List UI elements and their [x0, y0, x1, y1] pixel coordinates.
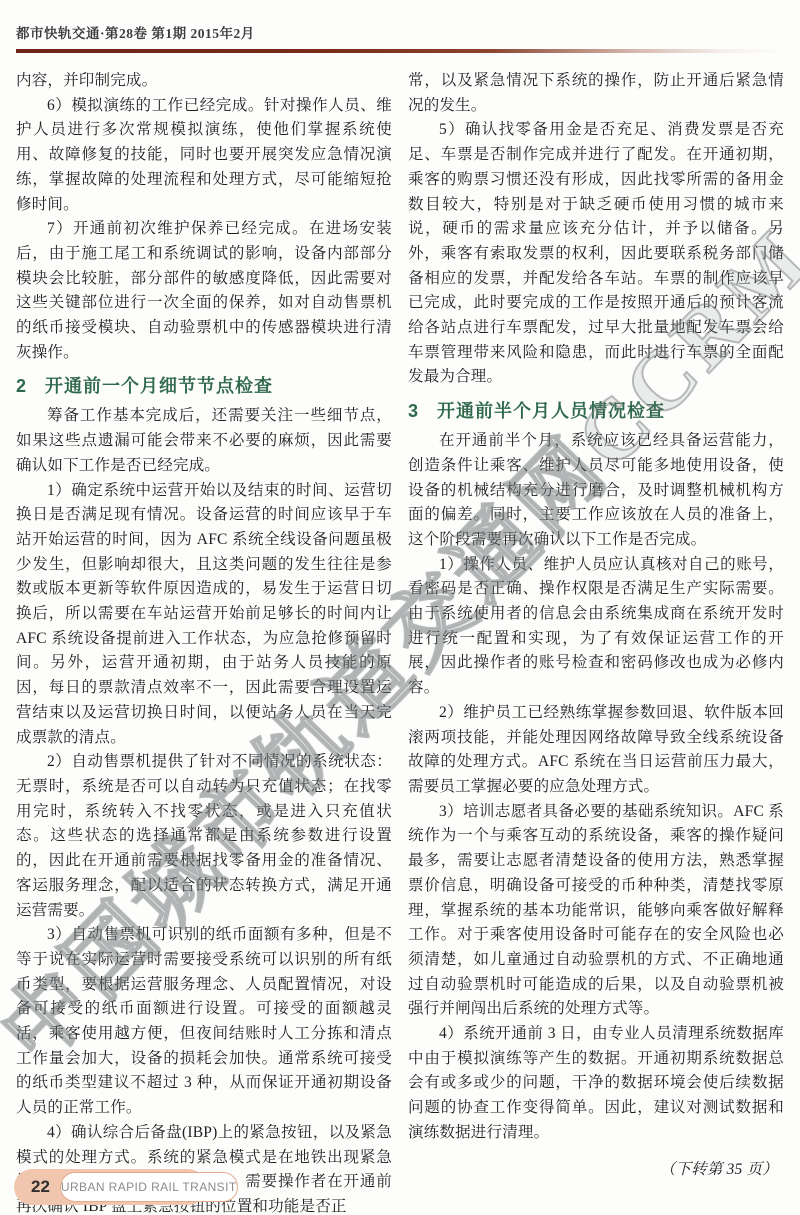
section-number: 3	[408, 401, 419, 421]
body-paragraph: 3）培训志愿者具备必要的基础系统知识。AFC 系统作为一个与乘客互动的系统设备，…	[408, 800, 784, 1022]
journal-header-line: 都市快轨交通·第28卷 第1期 2015年2月	[0, 0, 800, 42]
body-paragraph: 7）开通前初次维护保养已经完成。在进场安装后，由于施工尾工和系统调试的影响，设备…	[16, 217, 392, 365]
body-paragraph: 2）维护员工已经熟练掌握参数回退、软件版本回滚两项技能，并能处理因网络故障导致全…	[408, 701, 784, 800]
article-body: 内容，并印制完成。6）模拟演练的工作已经完成。针对操作人员、维护人员进行多次常规…	[0, 53, 800, 1215]
journal-name-en: URBAN RAPID RAIL TRANSIT	[61, 1180, 237, 1194]
journal-page: 都市快轨交通·第28卷 第1期 2015年2月 内容，并印制完成。6）模拟演练的…	[0, 0, 800, 1215]
section-number: 2	[16, 376, 27, 396]
section-title: 开通前半个月人员情况检查	[437, 401, 665, 421]
body-paragraph: 6）模拟演练的工作已经完成。针对操作人员、维护人员进行多次常规模拟演练，使他们掌…	[16, 94, 392, 218]
section-heading: 2开通前一个月细节节点检查	[16, 372, 392, 398]
left-column: 内容，并印制完成。6）模拟演练的工作已经完成。针对操作人员、维护人员进行多次常规…	[16, 69, 392, 1215]
body-paragraph: 4）系统开通前 3 日，由专业人员清理系统数据库中由于模拟演练等产生的数据。开通…	[408, 1022, 784, 1146]
right-column: 常，以及紧急情况下系统的操作，防止开通后紧急情况的发生。5）确认找零备用金是否充…	[408, 69, 784, 1182]
footer-badge: 22 URBAN RAPID RAIL TRANSIT	[14, 1169, 206, 1205]
body-paragraph: 3）自动售票机可识别的纸币面额有多种，但是不等于说在实际运营时需要接受系统可以识…	[16, 923, 392, 1121]
body-paragraph: 5）确认找零备用金是否充足、消费发票是否充足、车票是否制作完成并进行了配发。在开…	[408, 118, 784, 390]
body-paragraph: 筹备工作基本完成后，还需要关注一些细节点，如果这些点遗漏可能会带来不必要的麻烦，…	[16, 404, 392, 478]
section-heading: 3开通前半个月人员情况检查	[408, 397, 784, 423]
body-paragraph: 常，以及紧急情况下系统的操作，防止开通后紧急情况的发生。	[408, 69, 784, 118]
page-number: 22	[14, 1177, 60, 1197]
body-paragraph: 1）操作人员、维护人员应认真核对自己的账号，看密码是否正确、操作权限是否满足生产…	[408, 553, 784, 701]
section-title: 开通前一个月细节节点检查	[45, 376, 273, 396]
body-paragraph: 内容，并印制完成。	[16, 69, 392, 94]
body-paragraph: 1）确定系统中运营开始以及结束的时间、运营切换日是否满足现有情况。设备运营的时间…	[16, 479, 392, 751]
body-paragraph: 2）自动售票机提供了针对不同情况的系统状态：无票时，系统是否可以自动转为只充值状…	[16, 750, 392, 923]
body-paragraph: 在开通前半个月，系统应该已经具备运营能力，创造条件让乘客、维护人员尽可能多地使用…	[408, 429, 784, 553]
continued-note: （下转第 35 页）	[408, 1158, 784, 1183]
journal-name-pill: URBAN RAPID RAIL TRANSIT	[60, 1172, 238, 1202]
